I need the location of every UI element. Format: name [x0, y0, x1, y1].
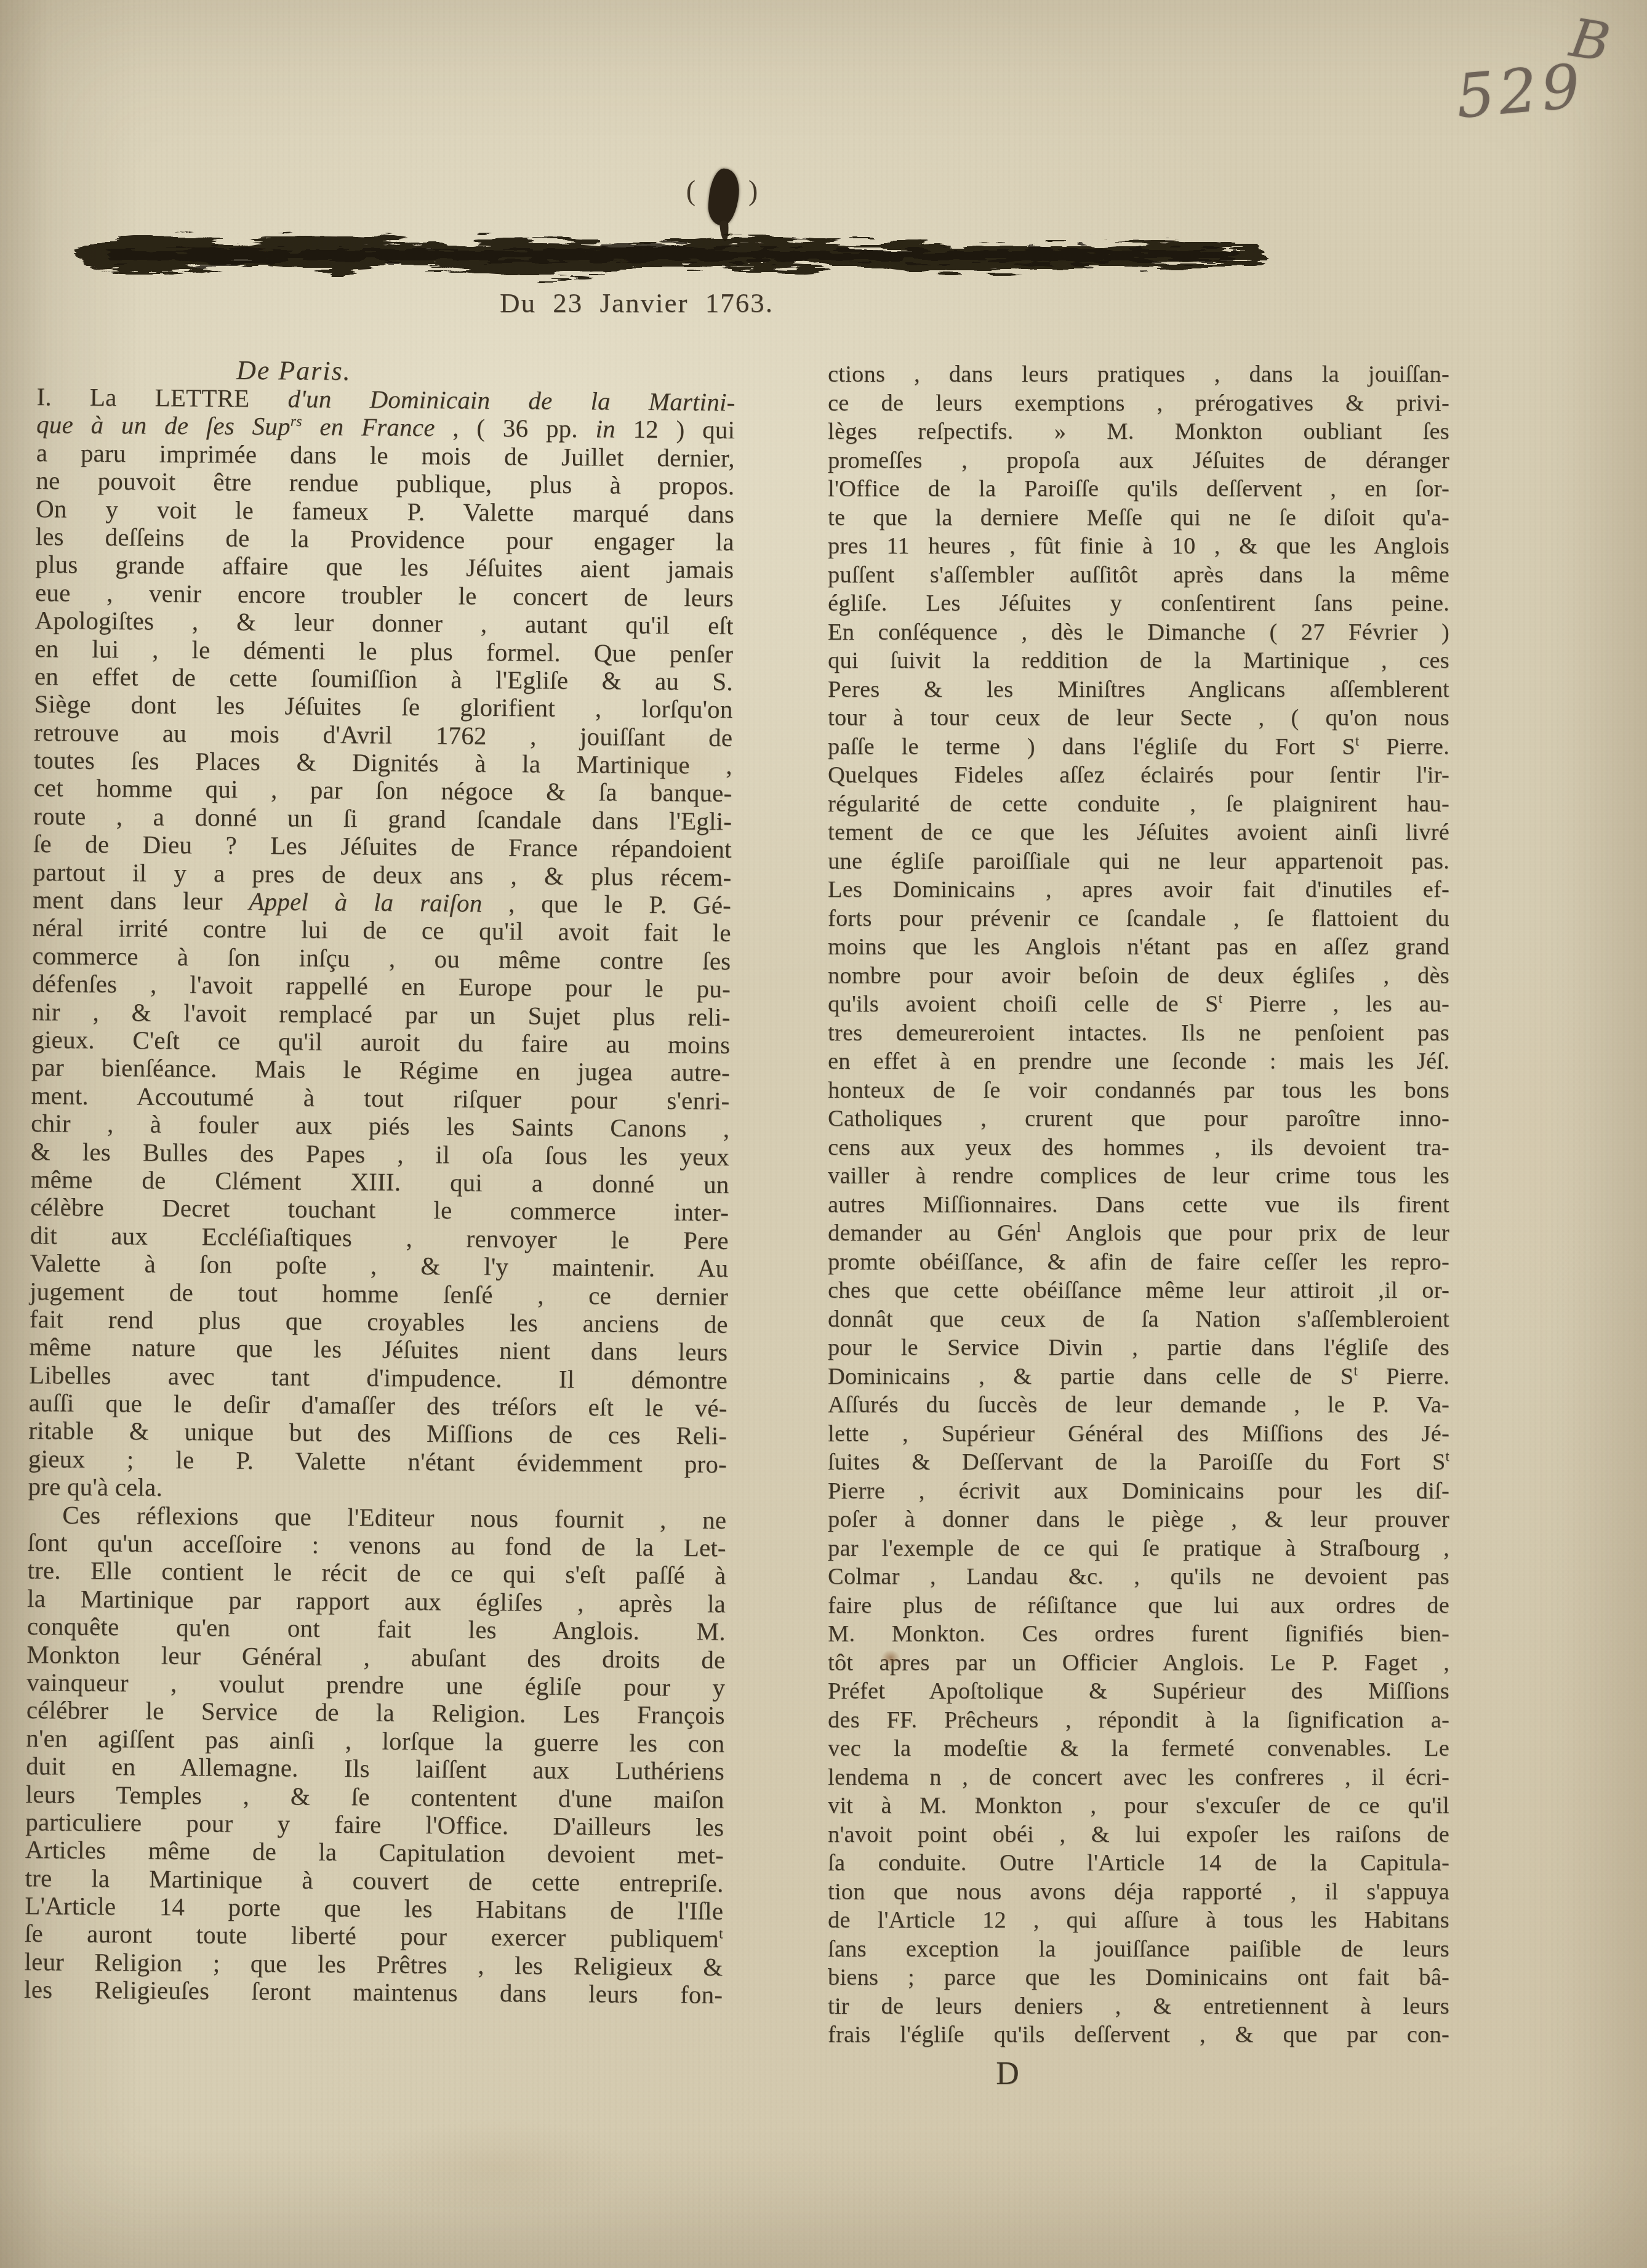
text-line: Pierre , écrivit aux Dominicains pour le… — [828, 1477, 1449, 1506]
text-line: lette , Supérieur Général des Miſſions d… — [828, 1420, 1449, 1449]
text-line: tôt apres par un Officier Anglois. Le P.… — [828, 1649, 1449, 1678]
text-line: ſa conduite. Outre l'Article 14 de la Ca… — [828, 1849, 1449, 1878]
date-line: Du 23 Janvier 1763. — [500, 287, 774, 319]
text-line: puſſent s'aſſembler auſſitôt après dans … — [828, 561, 1449, 590]
text-line: demander au Génl Anglois que pour prix d… — [828, 1219, 1449, 1248]
text-line: ctions , dans leurs pratiques , dans la … — [828, 360, 1449, 389]
text-line: promeſſes , propoſa aux Jéſuites de déra… — [828, 446, 1449, 475]
text-line: vit à M. Monkton , pour s'excuſer de ce … — [828, 1791, 1449, 1820]
text-line: paſſe le terme ) dans l'égliſe du Fort S… — [828, 733, 1449, 762]
text-line: ſuites & Deſſervant de la Paroiſſe du Fo… — [828, 1448, 1449, 1477]
text-line: de l'Article 12 , qui aſſure à tous les … — [828, 1906, 1449, 1935]
text-line: cens aux yeux des hommes , ils devoient … — [828, 1133, 1449, 1162]
text-line: tion que nous avons déja rapporté , il s… — [828, 1878, 1449, 1907]
text-line: poſer à donner dans le piège , & leur pr… — [828, 1505, 1449, 1534]
text-line: donnât que ceux de ſa Nation s'aſſembler… — [828, 1305, 1449, 1334]
text-line: Dominicains , & partie dans celle de St … — [828, 1362, 1449, 1391]
text-line: lendema n , de concert avec les confrere… — [828, 1763, 1449, 1792]
text-line: honteux de ſe voir condannés par tous le… — [828, 1076, 1449, 1105]
paper-highlight — [1446, 923, 1606, 1354]
text-line: régularité de cette conduite , ſe plaign… — [828, 790, 1449, 819]
text-line: une égliſe paroiſſiale qui ne leur appar… — [828, 847, 1449, 876]
text-line: ches que cette obéiſſance même leur atti… — [828, 1276, 1449, 1305]
catchword-signature: D — [983, 2056, 1032, 2092]
text-line: les Religieuſes ſeront maintenus dans le… — [24, 1976, 723, 2009]
text-line: Colmar , Landau &c. , qu'ils ne devoient… — [828, 1562, 1449, 1591]
text-line: Peres & les Miniſtres Anglicans aſſemble… — [828, 675, 1449, 704]
text-line: faire plus de réſiſtance que lui aux ord… — [828, 1591, 1449, 1620]
text-line: par l'exemple de ce qui ſe pratique à St… — [828, 1534, 1449, 1563]
text-line: Les Dominicains , apres avoir fait d'inu… — [828, 875, 1449, 904]
text-line: promte obéiſſance, & afin de faire ceſſe… — [828, 1248, 1449, 1277]
text-line: Aſſurés du ſuccès de leur demande , le P… — [828, 1391, 1449, 1420]
text-line: ſans exception la jouiſſance paiſible de… — [828, 1935, 1449, 1964]
page-number: ( 2 ) — [657, 161, 793, 229]
ornament-ink-band — [64, 225, 1283, 287]
text-line: vec la modeſtie & la fermeté convenables… — [828, 1734, 1449, 1763]
column-right: ctions , dans leurs pratiques , dans la … — [828, 360, 1449, 2092]
text-line: lèges reſpectifs. » M. Monkton oubliant … — [828, 417, 1449, 446]
text-line: En conſéquence , dès le Dimanche ( 27 Fé… — [828, 618, 1449, 647]
text-line: nombre pour avoir beſoin de deux égliſes… — [828, 962, 1449, 991]
text-line: frais l'égliſe qu'ils deſſervent , & que… — [828, 2021, 1449, 2049]
text-columns: De Paris. I. La LETTRE d'un Dominicain d… — [37, 360, 1449, 2092]
text-line: Catholiques , crurent que pour paroître … — [828, 1104, 1449, 1133]
text-line: tour à tour ceux de leur Secte , ( qu'on… — [828, 704, 1449, 733]
text-line: biens ; parce que les Dominicains ont fa… — [828, 1963, 1449, 1992]
text-line: qu'ils avoient choiſi celle de St Pierre… — [828, 990, 1449, 1019]
left-column-text: I. La LETTRE d'un Dominicain de la Marti… — [24, 383, 735, 2009]
text-line: n'avoit point obéi , & lui expoſer les r… — [828, 1820, 1449, 1849]
scanned-page: 529 B ( 2 ) — [0, 0, 1647, 2268]
text-line: te que la derniere Meſſe qui ne ſe diſoi… — [828, 504, 1449, 533]
text-line: qui ſuivit la reddition de la Martinique… — [828, 646, 1449, 675]
text-line: Préfet Apoſtolique & Supérieur des Miſſi… — [828, 1677, 1449, 1706]
text-line: l'Office de la Paroiſſe qu'ils deſſerven… — [828, 475, 1449, 504]
text-line: tir de leurs deniers , & entretiennent à… — [828, 1992, 1449, 2021]
text-line: tres demeureroient intactes. Ils ne penſ… — [828, 1019, 1449, 1048]
column-left: De Paris. I. La LETTRE d'un Dominicain d… — [23, 355, 735, 2091]
text-line: vailler à rendre complices de leur crime… — [828, 1162, 1449, 1191]
text-line: des FF. Prêcheurs , répondit à la ſignif… — [828, 1706, 1449, 1735]
text-line: M. Monkton. Ces ordres furent ſignifiés … — [828, 1620, 1449, 1649]
text-line: égliſe. Les Jéſuites y conſentirent ſans… — [828, 589, 1449, 618]
paper-stain — [369, 2118, 628, 2216]
text-line: ce de leurs exemptions , prérogatives & … — [828, 389, 1449, 418]
text-line: forts pour prévenir ce ſcandale , ſe fla… — [828, 904, 1449, 933]
text-line: moins que les Anglois n'étant pas en aſſ… — [828, 933, 1449, 962]
text-line: tement de ce que les Jéſuites avoient ai… — [828, 818, 1449, 847]
handwritten-letter: B — [1566, 7, 1614, 74]
text-line: autres Miſſionnaires. Dans cette vue ils… — [828, 1191, 1449, 1220]
right-column-text: ctions , dans leurs pratiques , dans la … — [828, 360, 1449, 2049]
text-line: pres 11 heures , fût finie à 10 , & que … — [828, 532, 1449, 561]
text-line: en effet à en prendre une ſeconde : mais… — [828, 1047, 1449, 1076]
text-line: Quelques Fideles aſſez éclairés pour ſen… — [828, 761, 1449, 790]
text-line: pour le Service Divin , partie dans l'ég… — [828, 1333, 1449, 1362]
